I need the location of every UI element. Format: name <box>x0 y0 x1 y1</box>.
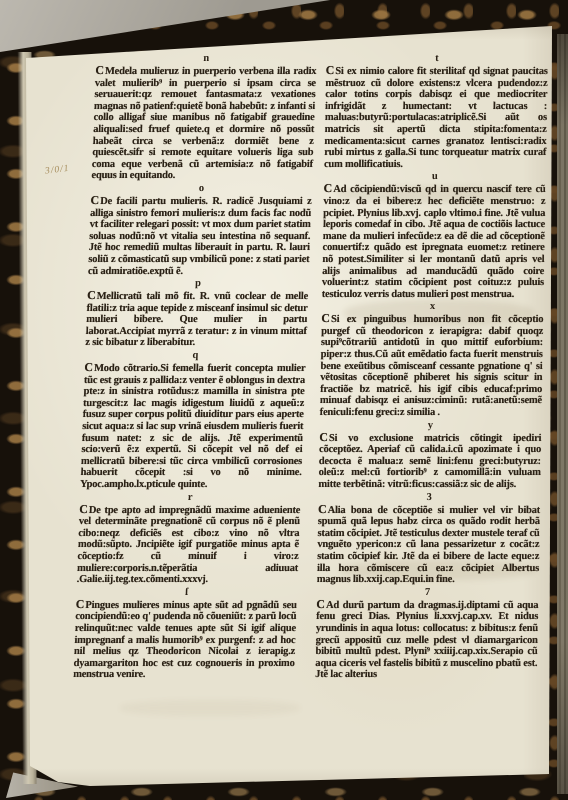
marginal-note: 3/0/1 <box>45 161 90 176</box>
paragraph: CDe facili partu mulieris. R. radicẽ Jus… <box>88 195 312 277</box>
text-section: 7 CAd durũ partum da dragmas.ij.diptami … <box>315 587 539 681</box>
paragraph: CAd cõcipiendũ:viscũ qd in quercu nascif… <box>322 183 546 300</box>
section-letter: u <box>324 171 546 183</box>
paragraph-text: Alia bona de cõceptiõe si mulier vel vir… <box>317 505 540 586</box>
capitulum-mark: C <box>95 63 105 77</box>
paragraph: CPingues mulieres minus apte sũt ad pgnã… <box>73 599 297 681</box>
capitulum-mark: C <box>318 502 328 516</box>
capitulum-mark: C <box>90 193 100 207</box>
text-section: x CSi ex pinguibus humoribus non fit cõc… <box>320 301 544 418</box>
book-page-scan: 3/0/1 n CMedela mulieruz in puerperio ve… <box>0 0 568 800</box>
text-column-right: t CSi ex nimio calore fit sterilitaf qd … <box>315 52 548 681</box>
section-letter: t <box>326 53 548 65</box>
section-letter: p <box>87 278 308 290</box>
text-section: q CModo cõtrario.Si femella fuerit conce… <box>80 350 306 491</box>
paragraph-text: Pingues mulieres minus apte sũt ad pgnãd… <box>73 600 297 681</box>
paragraph-text: Modo cõtrario.Si femella fuerit concepta… <box>80 363 306 490</box>
paragraph: CSi ex nimio calore fit sterilitaf qd si… <box>324 65 548 170</box>
text-section: 3 CAlia bona de cõceptiõe si mulier vel … <box>317 492 541 586</box>
section-letter: o <box>91 183 312 195</box>
paragraph-text: Ad cõcipiendũ:viscũ qd in quercu nascif … <box>322 184 546 299</box>
page-edge-stack-right <box>557 34 568 794</box>
capitulum-mark: C <box>321 311 331 325</box>
capitulum-mark: C <box>323 181 333 195</box>
paragraph: CMedela mulieruz in puerperio verbena il… <box>91 65 316 182</box>
paragraph-text: De tpe apto ad impregnãdũ maxime aduenie… <box>76 505 300 586</box>
text-section: y CSi vo exclusione matricis cõtingit ip… <box>318 420 541 491</box>
capitulum-mark: C <box>76 597 86 611</box>
text-section: n CMedela mulieruz in puerperio verbena … <box>91 53 317 182</box>
text-section: o CDe facili partu mulieris. R. radicẽ J… <box>88 183 312 277</box>
paragraph-text: Si ex pinguibus humoribus non fit cõcept… <box>320 314 544 418</box>
paragraph-text: Si vo exclusione matricis cõtingit ipedi… <box>318 433 541 490</box>
text-section: r CDe tpe apto ad impregnãdũ maxime adue… <box>76 492 300 586</box>
capitulum-mark: C <box>79 502 89 516</box>
section-letter: n <box>96 53 317 65</box>
capitulum-mark: C <box>84 360 94 374</box>
paragraph: CSi vo exclusione matricis cõtingit iped… <box>318 432 541 491</box>
paragraph: CMellicratũ tali mõ fit. R. vnũ coclear … <box>85 290 308 349</box>
text-section: t CSi ex nimio calore fit sterilitaf qd … <box>324 53 548 170</box>
section-letter: r <box>79 492 300 504</box>
section-letter: 3 <box>318 492 540 504</box>
paragraph-text: Ad durũ partum da dragmas.ij.diptami cũ … <box>315 600 538 681</box>
paragraph: CSi ex pinguibus humoribus non fit cõcep… <box>320 313 544 418</box>
section-letter: y <box>319 420 541 432</box>
section-letter: q <box>85 350 306 362</box>
paragraph: CAd durũ partum da dragmas.ij.diptami cũ… <box>315 599 538 681</box>
section-letter: x <box>321 301 543 313</box>
text-column-left: n CMedela mulieruz in puerperio verbena … <box>73 52 317 681</box>
capitulum-mark: C <box>326 63 336 77</box>
paragraph: CModo cõtrario.Si femella fuerit concept… <box>80 362 306 491</box>
paragraph-text: De facili partu mulieris. R. radicẽ Jusq… <box>88 196 312 277</box>
text-section: ſ CPingues mulieres minus apte sũt ad pg… <box>73 587 297 681</box>
capitulum-mark: C <box>319 430 329 444</box>
text-section: u CAd cõcipiendũ:viscũ qd in quercu nasc… <box>322 171 546 300</box>
ink-showthrough <box>120 700 300 716</box>
paragraph-text: Medela mulieruz in puerperio verbena ill… <box>91 66 316 181</box>
paragraph: CDe tpe apto ad impregnãdũ maxime adueni… <box>76 504 300 586</box>
paragraph-text: Si ex nimio calore fit sterilitaf qd sig… <box>324 66 548 170</box>
section-letter: ſ <box>76 587 297 599</box>
book-leaf: 3/0/1 n CMedela mulieruz in puerperio ve… <box>0 0 568 800</box>
text-section: p CMellicratũ tali mõ fit. R. vnũ coclea… <box>85 278 309 349</box>
capitulum-mark: C <box>316 597 326 611</box>
capitulum-mark: C <box>87 288 97 302</box>
paragraph: CAlia bona de cõceptiõe si mulier vel vi… <box>317 504 540 586</box>
section-letter: 7 <box>316 587 538 599</box>
paragraph-text: Mellicratũ tali mõ fit. R. vnũ coclear d… <box>85 291 308 348</box>
